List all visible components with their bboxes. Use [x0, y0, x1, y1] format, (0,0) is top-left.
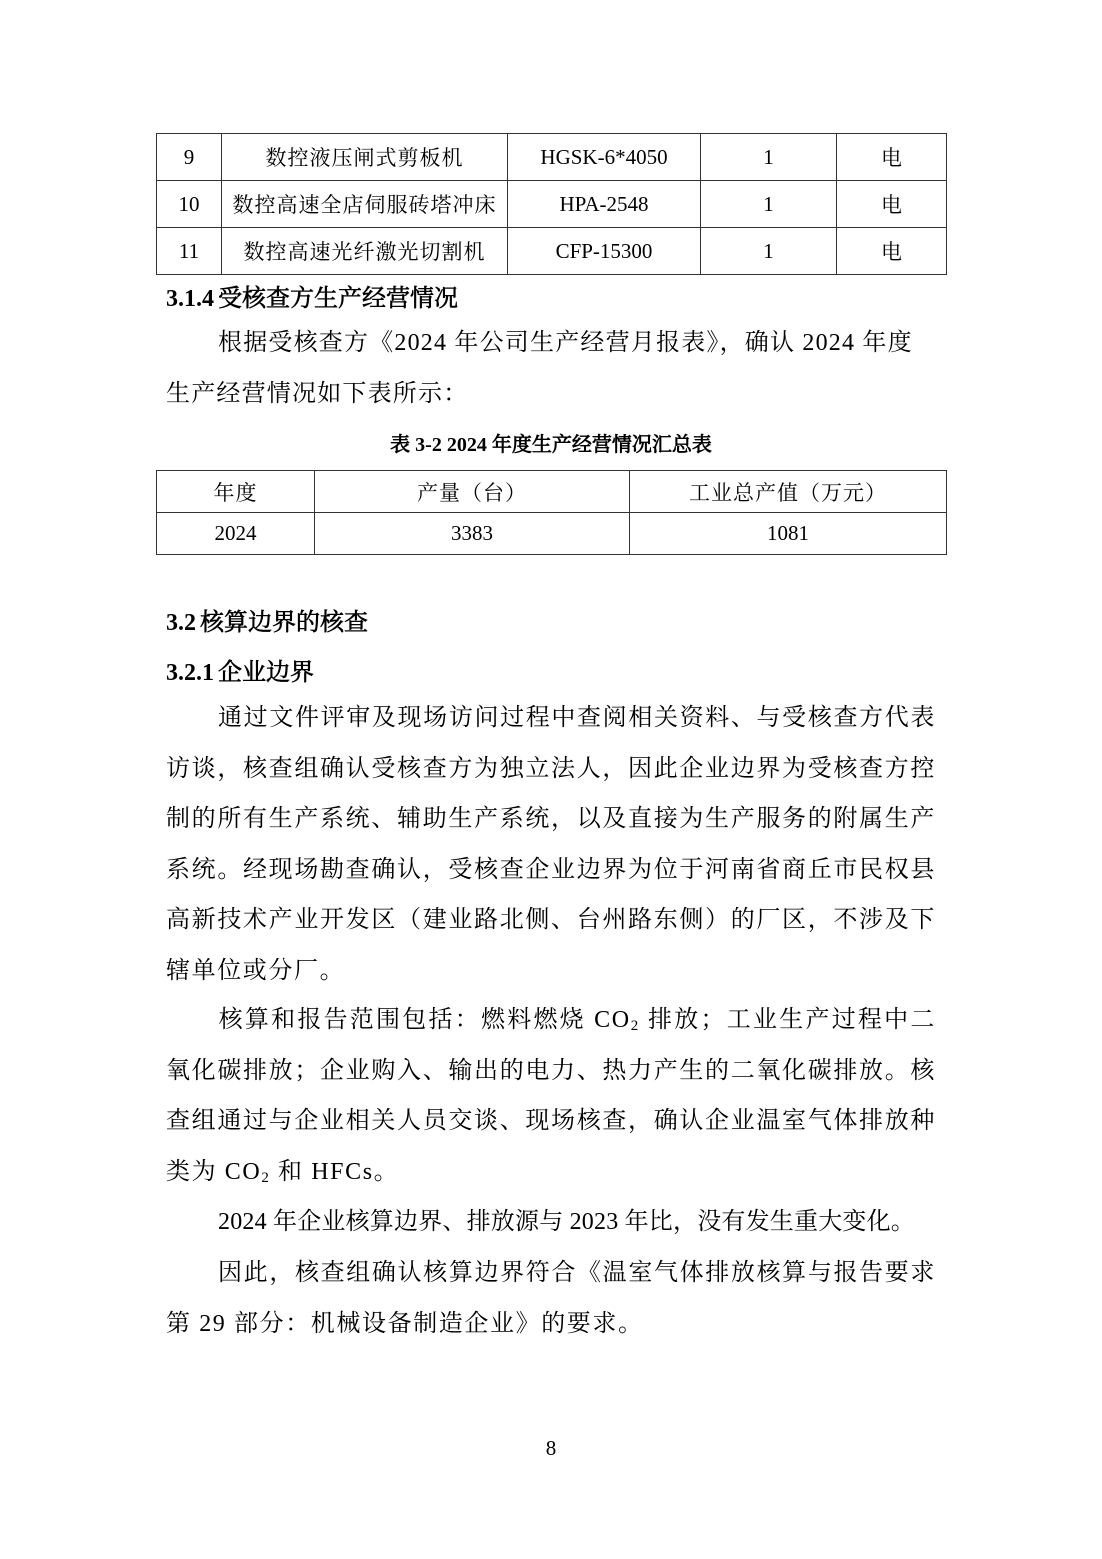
section-heading-3-2-1: 3.2.1企业边界	[166, 652, 314, 687]
cell-equipment-name: 数控高速光纤激光切割机	[222, 228, 508, 275]
paragraph-line: 根据受核查方《2024 年公司生产经营月报表》，确认 2024 年度	[166, 318, 936, 369]
document-page: 9 数控液压闸式剪板机 HGSK-6*4050 1 电 10 数控高速全店伺服砖…	[0, 0, 1102, 1559]
section-number: 3.2.1	[166, 660, 214, 686]
cell-quantity: 1	[701, 228, 837, 275]
paragraph-text: 生产经营情况如下表所示：	[166, 381, 468, 407]
paragraph-text: 根据受核查方《2024 年公司生产经营月报表》，确认 2024 年度	[218, 330, 913, 356]
section-number: 3.2	[166, 610, 196, 636]
paragraph-text: 因此，核查组确认核算边界符合《温室气体排放核算与报告要求第 29 部分：机械设备…	[166, 1260, 936, 1337]
paragraph-text: 2024 年企业核算边界、排放源与 2023 年比，没有发生重大变化。	[218, 1209, 915, 1235]
equipment-table: 9 数控液压闸式剪板机 HGSK-6*4050 1 电 10 数控高速全店伺服砖…	[156, 133, 947, 275]
cell-energy: 电	[837, 228, 947, 275]
cell-no: 11	[157, 228, 222, 275]
table-caption: 表 3-2 2024 年度生产经营情况汇总表	[0, 428, 1102, 457]
section-heading-3-2: 3.2核算边界的核查	[166, 602, 368, 637]
cell-output: 3383	[315, 513, 630, 555]
section-title: 受核查方生产经营情况	[218, 286, 458, 312]
section-title: 核算边界的核查	[200, 610, 368, 636]
section-heading-3-1-4: 3.1.4受核查方生产经营情况	[166, 278, 458, 313]
header-output: 产量（台）	[315, 471, 630, 513]
cell-year: 2024	[157, 513, 315, 555]
table-header-row: 年度 产量（台） 工业总产值（万元）	[157, 471, 947, 513]
header-industrial-value: 工业总产值（万元）	[630, 471, 947, 513]
paragraph-conclusion: 因此，核查组确认核算边界符合《温室气体排放核算与报告要求第 29 部分：机械设备…	[166, 1248, 936, 1349]
cell-model: HPA-2548	[508, 181, 701, 228]
paragraph-text: 和 HFCs。	[270, 1159, 399, 1185]
cell-energy: 电	[837, 181, 947, 228]
cell-energy: 电	[837, 134, 947, 181]
section-title: 企业边界	[218, 660, 314, 686]
cell-no: 10	[157, 181, 222, 228]
cell-quantity: 1	[701, 134, 837, 181]
paragraph-text: 通过文件评审及现场访问过程中查阅相关资料、与受核查方代表访谈，核查组确认受核查方…	[166, 705, 936, 984]
cell-industrial-value: 1081	[630, 513, 947, 555]
section-number: 3.1.4	[166, 286, 214, 312]
paragraph-accounting-scope: 核算和报告范围包括：燃料燃烧 CO2 排放；工业生产过程中二氧化碳排放；企业购入…	[166, 995, 936, 1197]
table-row: 2024 3383 1081	[157, 513, 947, 555]
cell-no: 9	[157, 134, 222, 181]
paragraph-line: 生产经营情况如下表所示：	[166, 369, 936, 420]
subscript: 2	[631, 1018, 640, 1034]
header-year: 年度	[157, 471, 315, 513]
cell-equipment-name: 数控高速全店伺服砖塔冲床	[222, 181, 508, 228]
paragraph-text: 核算和报告范围包括：燃料燃烧 CO	[218, 1007, 631, 1033]
production-summary-table: 年度 产量（台） 工业总产值（万元） 2024 3383 1081	[156, 470, 947, 555]
table-row: 10 数控高速全店伺服砖塔冲床 HPA-2548 1 电	[157, 181, 947, 228]
table-row: 11 数控高速光纤激光切割机 CFP-15300 1 电	[157, 228, 947, 275]
page-number: 8	[0, 1436, 1102, 1461]
paragraph-enterprise-boundary: 通过文件评审及现场访问过程中查阅相关资料、与受核查方代表访谈，核查组确认受核查方…	[166, 693, 936, 996]
cell-model: HGSK-6*4050	[508, 134, 701, 181]
cell-model: CFP-15300	[508, 228, 701, 275]
paragraph-no-change: 2024 年企业核算边界、排放源与 2023 年比，没有发生重大变化。	[166, 1197, 936, 1248]
paragraph-production-intro: 根据受核查方《2024 年公司生产经营月报表》，确认 2024 年度 生产经营情…	[166, 318, 936, 419]
table-row: 9 数控液压闸式剪板机 HGSK-6*4050 1 电	[157, 134, 947, 181]
cell-quantity: 1	[701, 181, 837, 228]
cell-equipment-name: 数控液压闸式剪板机	[222, 134, 508, 181]
